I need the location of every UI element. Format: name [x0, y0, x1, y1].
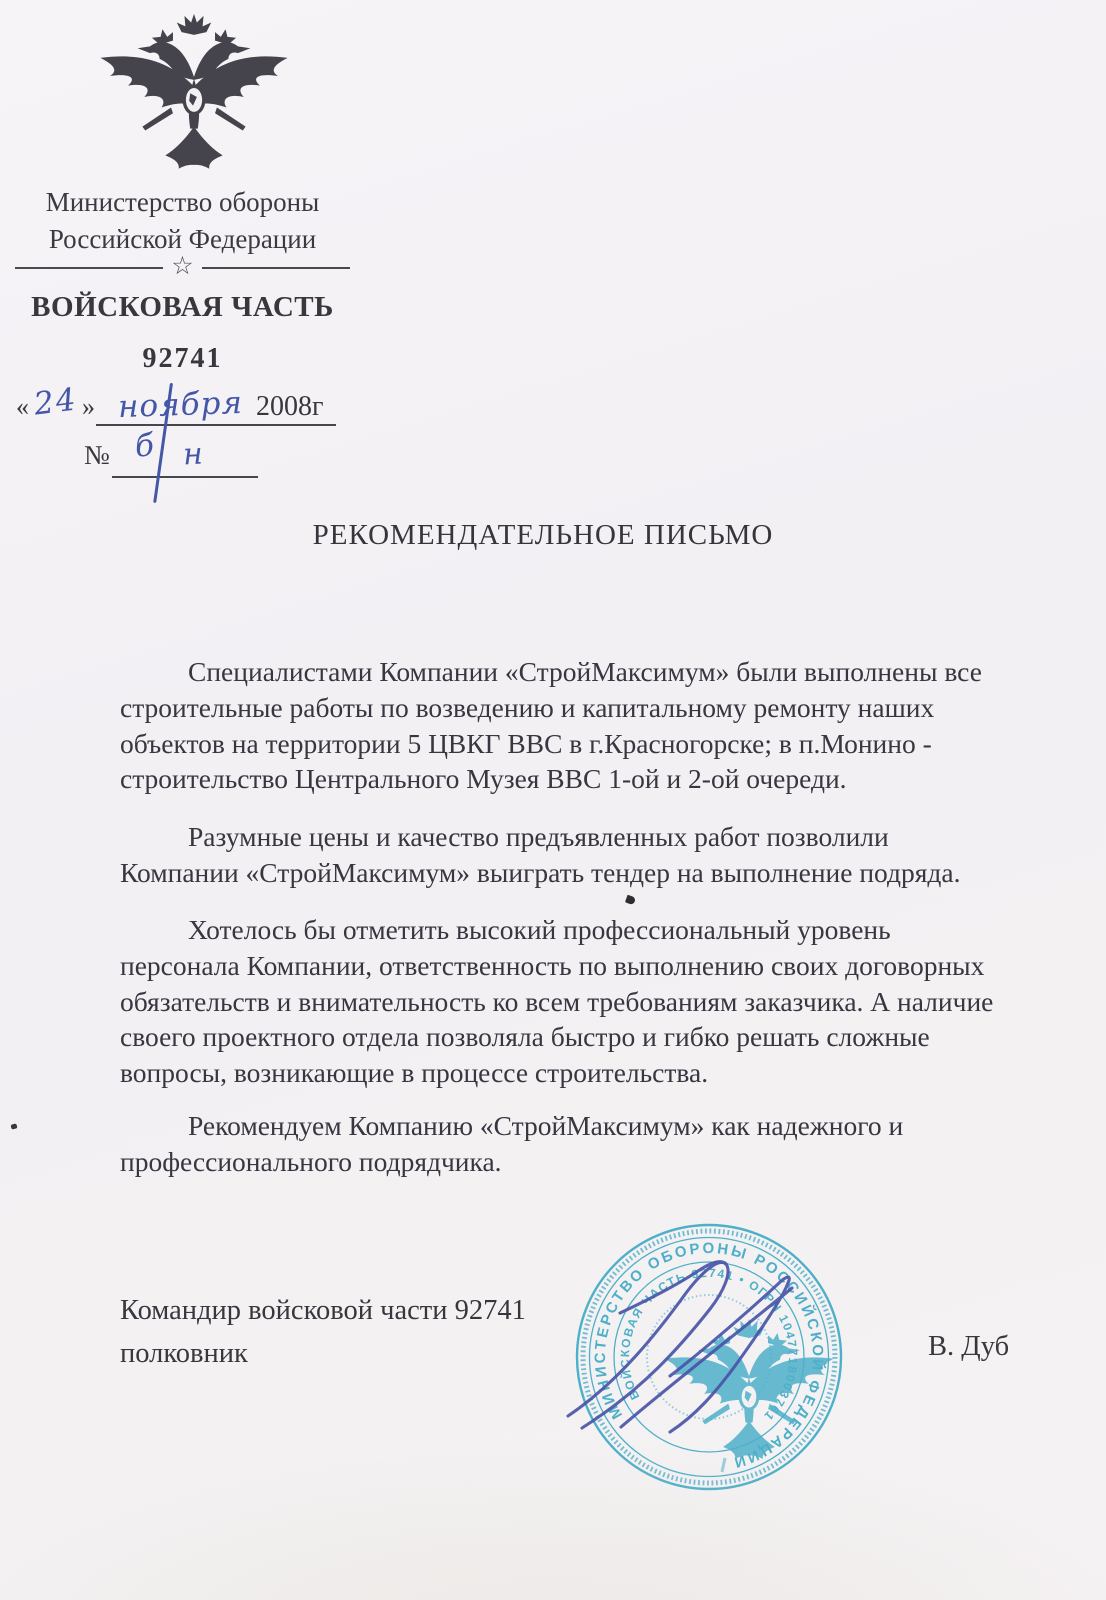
number-sign-label: № — [84, 440, 110, 471]
handwritten-number-letter-b: б — [133, 427, 155, 465]
military-unit-number: 92741 — [15, 343, 350, 375]
number-underline — [112, 476, 258, 478]
handwritten-month: ноября — [117, 385, 243, 425]
date-quote-open: « — [16, 392, 29, 422]
official-round-stamp: МИНИСТЕРСТВО ОБОРОНЫ РОССИЙСКОЙ ФЕДЕРАЦИ… — [520, 1180, 900, 1520]
scanned-letter-page: Министерство обороны Российской Федераци… — [0, 0, 1106, 1600]
body-paragraph-2: Разумные цены и качество предъявленных р… — [120, 819, 1052, 891]
military-unit-title: ВОЙСКОВАЯ ЧАСТЬ — [15, 291, 350, 324]
handwritten-day: 24 — [32, 381, 80, 422]
svg-text:МИНИСТЕРСТВО ОБОРОНЫ РОССИЙСКО: МИНИСТЕРСТВО ОБОРОНЫ РОССИЙСКОЙ ФЕДЕРАЦИ… — [546, 1194, 872, 1520]
ministry-name: Министерство обороны Российской Федераци… — [15, 184, 350, 258]
divider-line-left — [15, 267, 163, 269]
signer-rank: полковник — [120, 1338, 248, 1370]
divider-line-right — [202, 267, 350, 269]
star-icon: ☆ — [171, 254, 193, 279]
handwritten-number-letter-n: н — [182, 437, 204, 473]
ink-speck — [10, 1123, 17, 1129]
body-paragraph-1: Специалистами Компании «СтройМаксимум» б… — [120, 654, 1052, 797]
ministry-line1: Министерство обороны — [15, 184, 350, 221]
double-eagle-emblem-icon — [88, 12, 300, 184]
year-label: 2008г — [256, 391, 323, 423]
ink-speck — [625, 895, 636, 906]
star-divider: ☆ — [15, 255, 350, 280]
date-quote-close: » — [82, 392, 95, 422]
body-paragraph-3: Хотелось бы отметить высокий профессиона… — [120, 912, 1052, 1091]
stamp-ink-layer: МИНИСТЕРСТВО ОБОРОНЫ РОССИЙСКОЙ ФЕДЕРАЦИ… — [546, 1194, 872, 1520]
signer-name: В. Дуб — [928, 1331, 1009, 1363]
body-paragraph-4: Рекомендуем Компанию «СтройМаксимум» как… — [120, 1108, 1052, 1180]
date-underline — [96, 424, 336, 426]
document-title: РЕКОМЕНДАТЕЛЬНОЕ ПИСЬМО — [0, 519, 1086, 552]
stamp-outer-ring-text: МИНИСТЕРСТВО ОБОРОНЫ РОССИЙСКОЙ ФЕДЕРАЦИ… — [546, 1194, 872, 1520]
signer-position: Командир войсковой части 92741 — [120, 1295, 526, 1327]
